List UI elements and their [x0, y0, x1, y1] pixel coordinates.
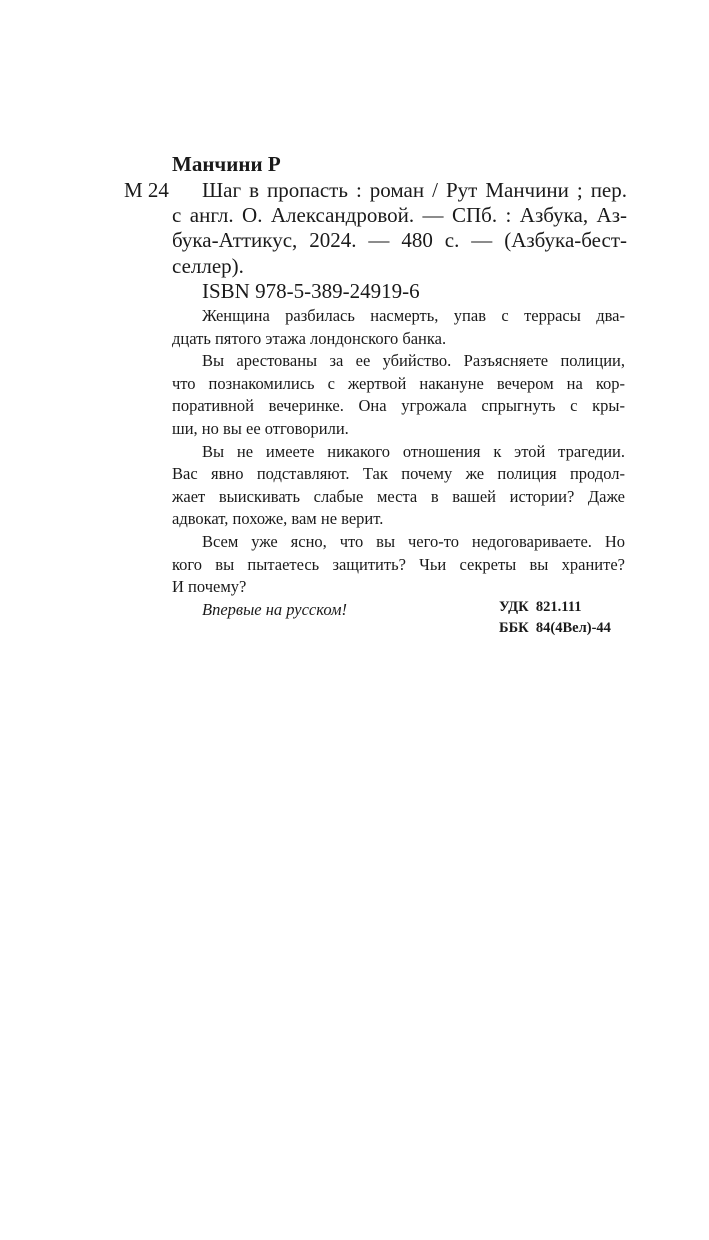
annotation-line: жает выискивать слабые места в вашей ист…: [172, 486, 625, 509]
biblio-line: с англ. О. Александровой. — СПб. : Азбук…: [172, 203, 627, 228]
author-heading: Манчини Р: [172, 152, 281, 177]
annotation-line: Вас явно подставляют. Так почему же поли…: [172, 463, 625, 486]
annotation-line: дцать пятого этажа лондонского банка.: [172, 328, 625, 351]
annotation-paragraph: Женщина разбилась насмерть, упав с терра…: [172, 305, 625, 350]
annotation-line: Вы арестованы за ее убийство. Разъясняет…: [172, 350, 625, 373]
udk-code: УДК 821.111: [499, 597, 611, 618]
classification-codes: УДК 821.111 ББК 84(4Вел)-44: [499, 597, 611, 639]
annotation-line: адвокат, похоже, вам не верит.: [172, 508, 625, 531]
annotation-line: что познакомились с жертвой накануне веч…: [172, 373, 625, 396]
bbk-code: ББК 84(4Вел)-44: [499, 618, 611, 639]
annotation-line: И почему?: [172, 576, 625, 599]
annotation-line: поративной вечеринке. Она угрожала спрыг…: [172, 395, 625, 418]
annotation: Женщина разбилась насмерть, упав с терра…: [172, 305, 625, 621]
annotation-line: кого вы пытаетесь защитить? Чьи секреты …: [172, 554, 625, 577]
author-mark: М 24: [124, 178, 169, 203]
annotation-line: Женщина разбилась насмерть, упав с терра…: [172, 305, 625, 328]
annotation-paragraph: Всем уже ясно, что вы чего-то недоговари…: [172, 531, 625, 599]
biblio-line: селлер).: [172, 254, 627, 279]
annotation-line: Вы не имеете никакого отношения к этой т…: [172, 441, 625, 464]
annotation-line: ши, но вы ее отговорили.: [172, 418, 625, 441]
biblio-line: Шаг в пропасть : роман / Рут Манчини ; п…: [172, 178, 627, 203]
isbn: ISBN 978-5-389-24919-6: [202, 279, 420, 304]
bibliographic-description: Шаг в пропасть : роман / Рут Манчини ; п…: [172, 178, 627, 279]
biblio-line: бука-Аттикус, 2024. — 480 с. — (Азбука-б…: [172, 228, 627, 253]
annotation-paragraph: Вы не имеете никакого отношения к этой т…: [172, 441, 625, 531]
annotation-paragraph: Вы арестованы за ее убийство. Разъясняет…: [172, 350, 625, 440]
annotation-line: Всем уже ясно, что вы чего-то недоговари…: [172, 531, 625, 554]
